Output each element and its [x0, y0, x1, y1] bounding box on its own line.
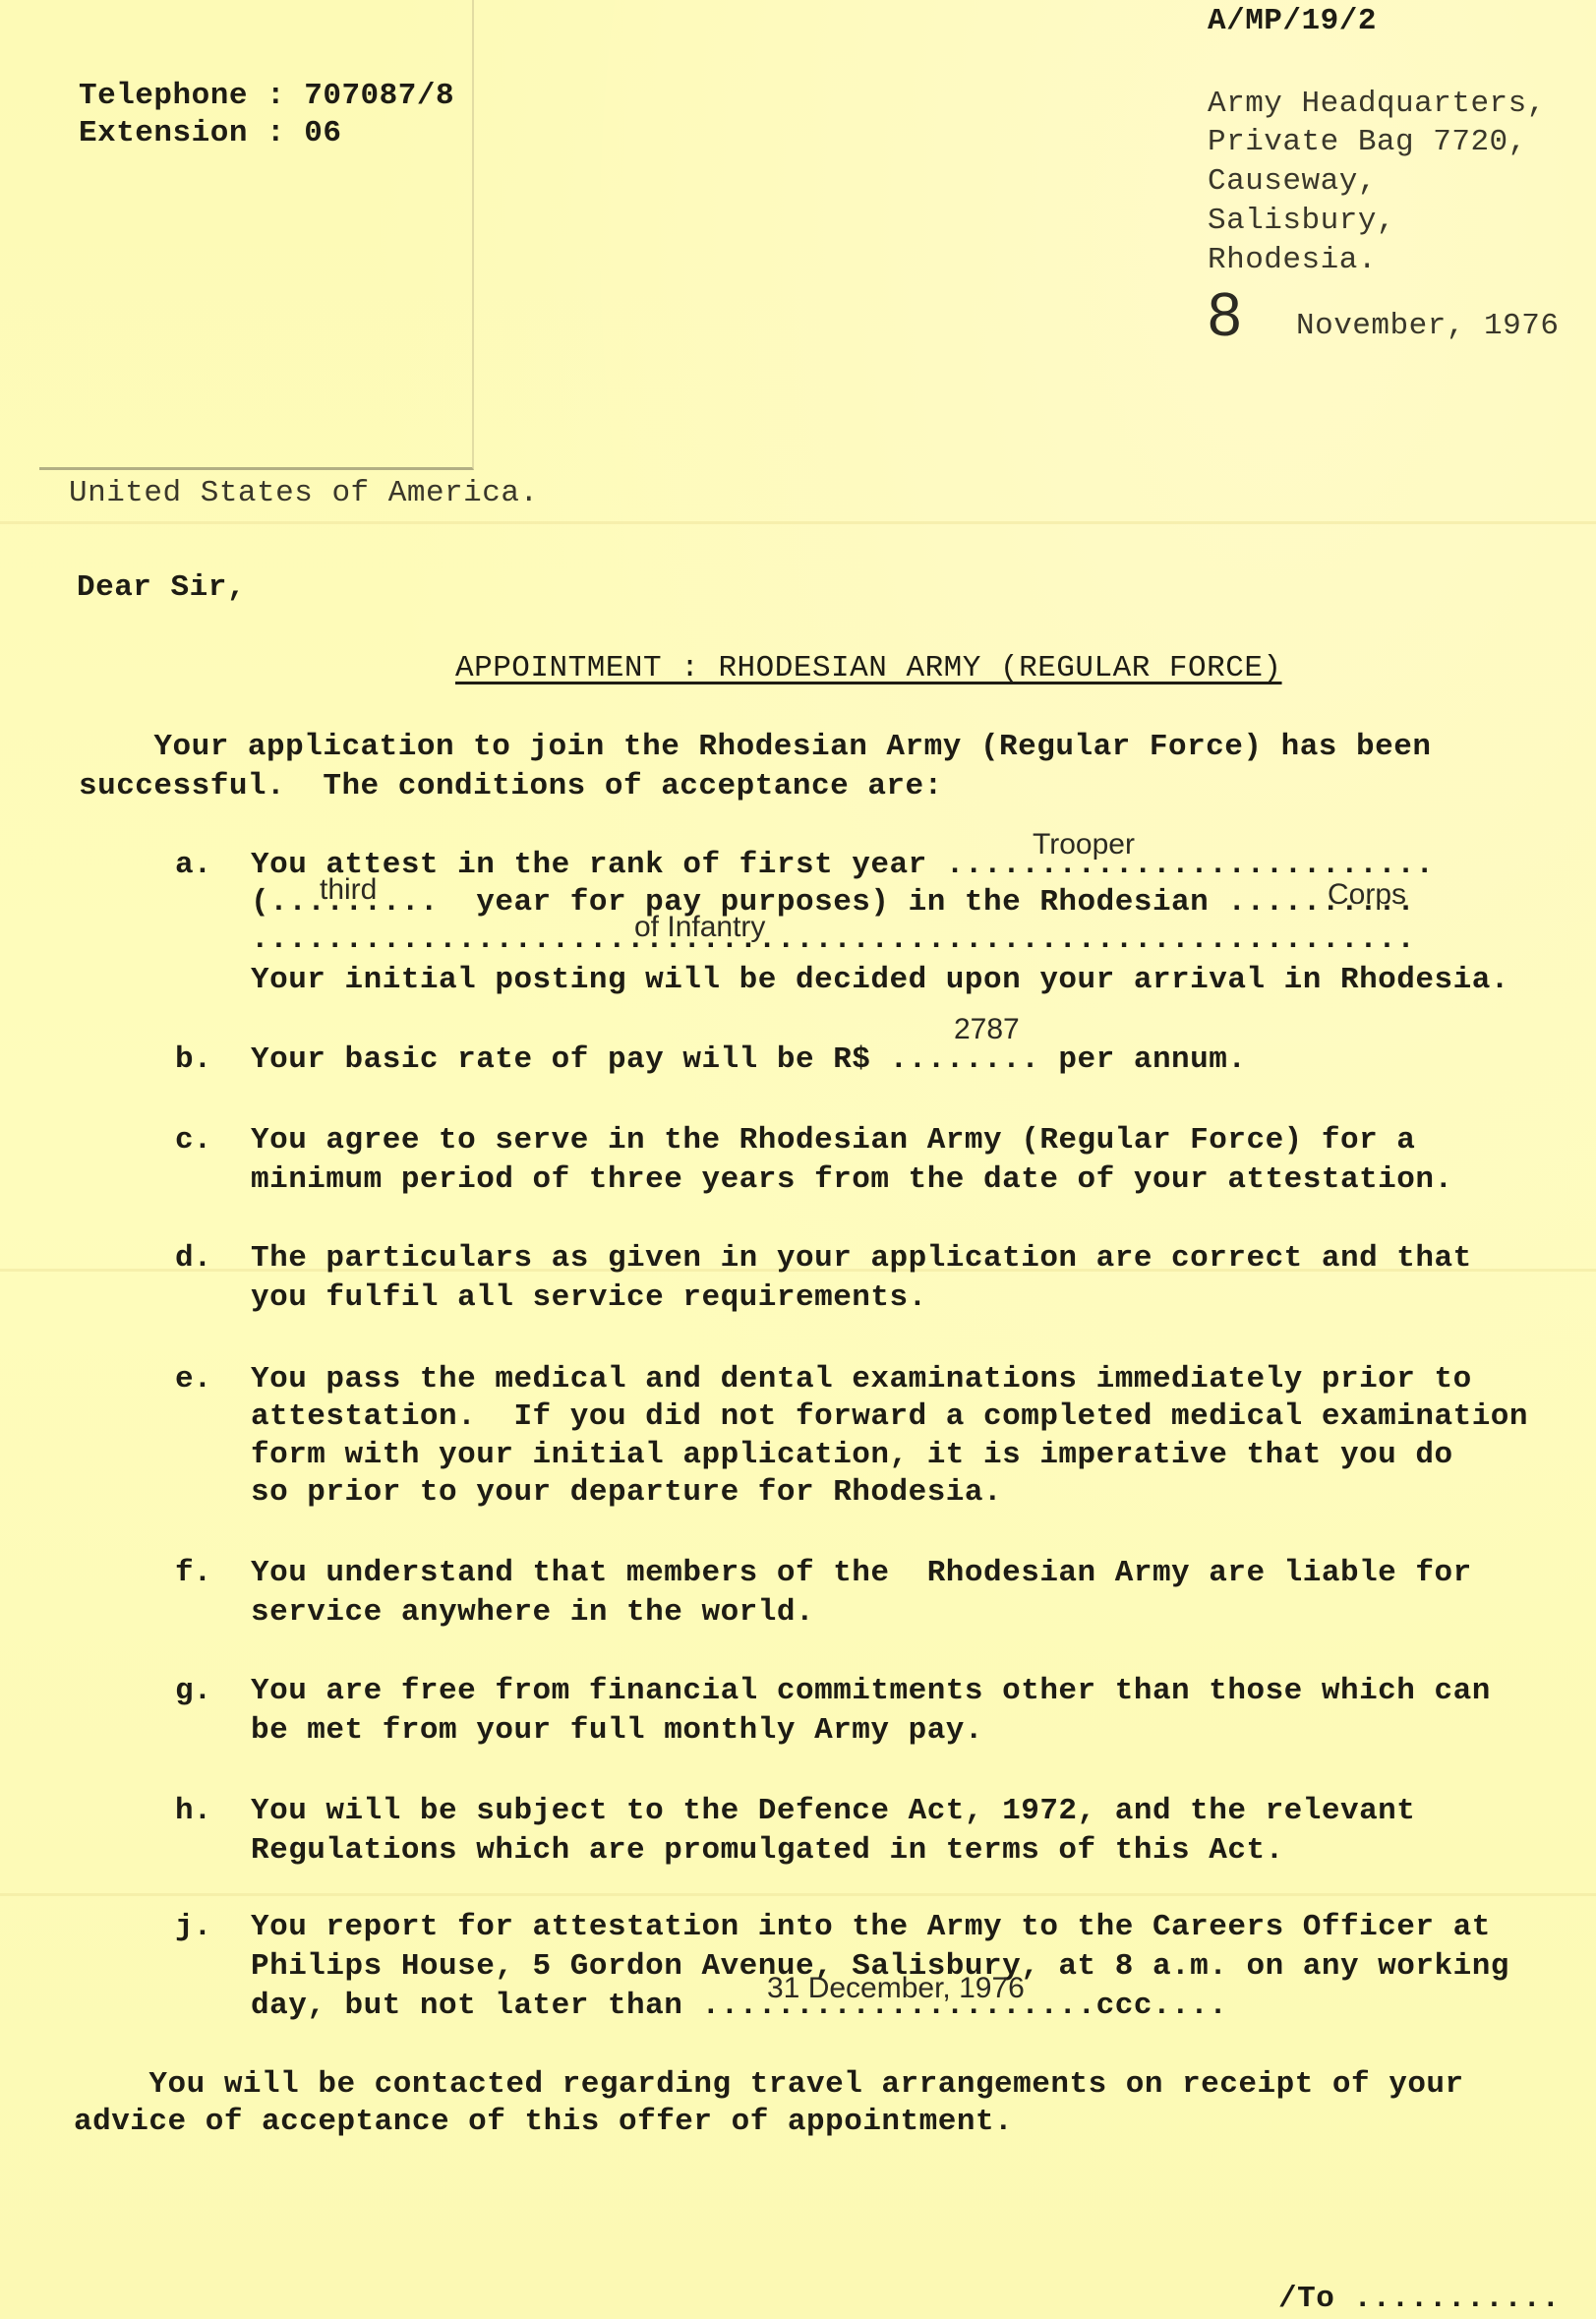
item-letter: g. [175, 1672, 211, 1711]
fold-line [0, 521, 1596, 524]
address-line: Private Bag 7720, [1208, 123, 1527, 162]
handwritten-corps-cont: of Infantry [634, 911, 765, 944]
extension: Extension : 06 [79, 114, 341, 153]
intro-line: successful. The conditions of acceptance… [79, 767, 943, 806]
item-line: so prior to your departure for Rhodesia. [251, 1473, 1002, 1513]
item-line: day, but not later than ................… [251, 1987, 1227, 2026]
reference-number: A/MP/19/2 [1208, 2, 1377, 41]
item-line: You are free from financial commitments … [251, 1672, 1491, 1711]
item-line: You agree to serve in the Rhodesian Army… [251, 1121, 1415, 1160]
intro-line: Your application to join the Rhodesian A… [79, 728, 1431, 767]
item-line: You attest in the rank of first year ...… [251, 846, 1435, 885]
salutation: Dear Sir, [77, 568, 246, 608]
handwritten-day: 8 [1208, 280, 1241, 350]
item-letter: c. [175, 1121, 211, 1160]
item-letter: a. [175, 846, 211, 885]
closing-line: advice of acceptance of this offer of ap… [74, 2103, 1013, 2142]
item-line: attestation. If you did not forward a co… [251, 1397, 1528, 1437]
item-letter: f. [175, 1554, 211, 1593]
fold-line [0, 1893, 1596, 1896]
item-line: You pass the medical and dental examinat… [251, 1360, 1472, 1399]
item-letter: h. [175, 1792, 211, 1831]
item-letter: d. [175, 1239, 211, 1278]
address-line: Salisbury, [1208, 202, 1395, 241]
subject-heading: APPOINTMENT : RHODESIAN ARMY (REGULAR FO… [455, 649, 1282, 688]
closing-line: You will be contacted regarding travel a… [74, 2065, 1464, 2105]
handwritten-rank: Trooper [1033, 828, 1135, 862]
item-line: Regulations which are promulgated in ter… [251, 1831, 1284, 1871]
item-line: You understand that members of the Rhode… [251, 1554, 1472, 1593]
address-line: Rhodesia. [1208, 241, 1377, 280]
item-line: Your initial posting will be decided upo… [251, 961, 1509, 1000]
handwritten-report-date: 31 December, 1976 [767, 1972, 1025, 2005]
handwritten-pay-amount: 2787 [954, 1013, 1020, 1046]
address-line: Causeway, [1208, 162, 1377, 202]
item-letter: j. [175, 1908, 211, 1947]
item-letter: e. [175, 1360, 211, 1399]
handwritten-corps: Corps [1328, 878, 1406, 912]
item-line: minimum period of three years from the d… [251, 1160, 1453, 1200]
item-letter: b. [175, 1041, 211, 1080]
item-line: form with your initial application, it i… [251, 1436, 1453, 1475]
letter-date: November, 1976 [1296, 307, 1559, 346]
envelope-window-outline [39, 0, 474, 470]
address-line: Army Headquarters, [1208, 85, 1546, 124]
item-line: ........................................… [251, 921, 1415, 960]
item-line: (......... year for pay purposes) in the… [251, 883, 1415, 922]
item-line: You report for attestation into the Army… [251, 1908, 1491, 1947]
item-line: The particulars as given in your applica… [251, 1239, 1472, 1278]
continuation-marker: /To ........... [1278, 2280, 1561, 2319]
item-line: be met from your full monthly Army pay. [251, 1711, 983, 1751]
item-line: you fulfil all service requirements. [251, 1278, 927, 1318]
recipient-country: United States of America. [69, 474, 539, 513]
handwritten-pay-year: third [320, 873, 377, 907]
item-line: You will be subject to the Defence Act, … [251, 1792, 1415, 1831]
telephone: Telephone : 707087/8 [79, 77, 454, 116]
item-line: Your basic rate of pay will be R$ ......… [251, 1041, 1246, 1080]
item-line: service anywhere in the world. [251, 1593, 814, 1633]
